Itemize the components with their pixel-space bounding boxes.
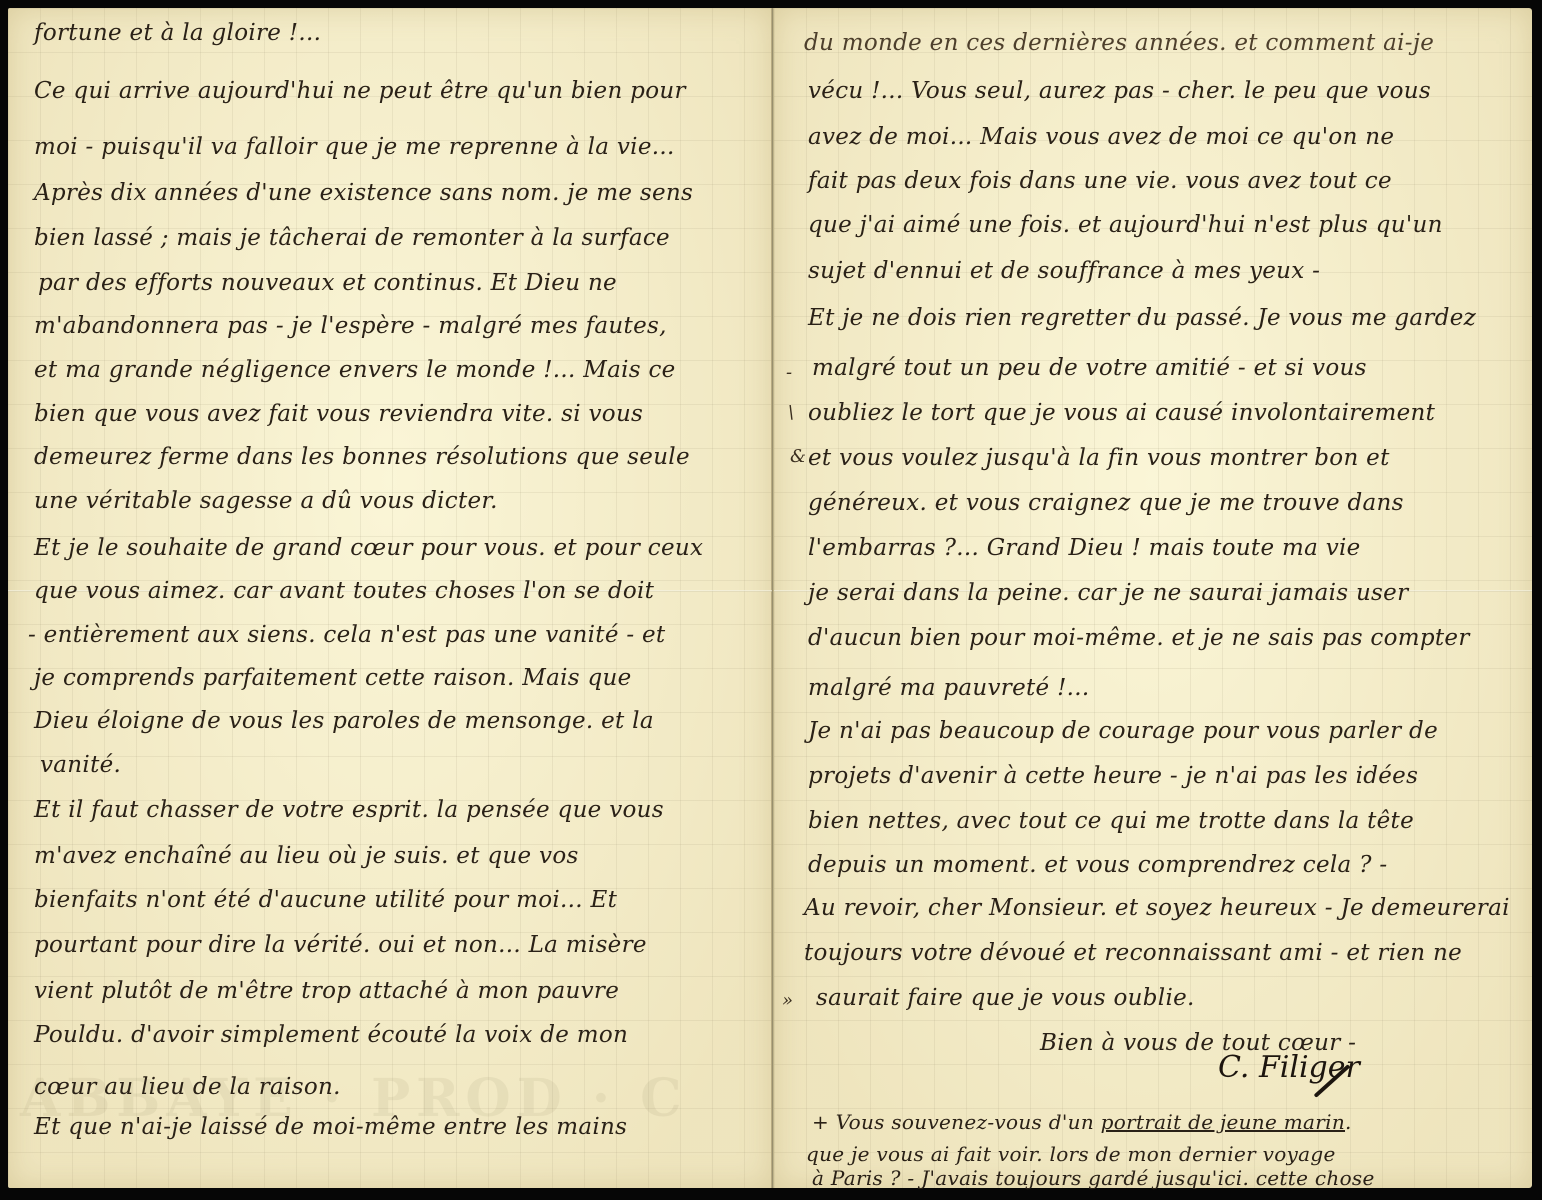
- left-line-11: une véritable sagesse a dû vous dicter.: [34, 488, 498, 514]
- right-line-3: avez de moi... Mais vous avez de moi ce …: [808, 124, 1394, 150]
- left-line-23: Pouldu. d'avoir simplement écouté la voi…: [34, 1022, 628, 1048]
- right-line-5: que j'ai aimé une fois. et aujourd'hui n…: [808, 212, 1443, 238]
- postscript-line-3: à Paris ? - J'avais toujours gardé jusqu…: [812, 1166, 1375, 1190]
- right-line-13: je serai dans la peine. car je ne saurai…: [808, 580, 1408, 606]
- left-line-18: Et il faut chasser de votre esprit. la p…: [34, 797, 664, 823]
- right-line-2: vécu !... Vous seul, aurez pas - cher. l…: [808, 78, 1431, 104]
- right-line-17: projets d'avenir à cette heure - je n'ai…: [808, 763, 1418, 789]
- left-line-9: bien que vous avez fait vous reviendra v…: [34, 401, 643, 427]
- left-line-6: par des efforts nouveaux et continus. Et…: [38, 270, 617, 296]
- right-line-4: fait pas deux fois dans une vie. vous av…: [808, 168, 1392, 194]
- right-line-22: saurait faire que je vous oublie.: [816, 985, 1195, 1011]
- center-fold: [771, 8, 774, 1188]
- left-line-8: et ma grande négligence envers le monde …: [34, 357, 676, 383]
- margin-mark-quote: »: [782, 990, 793, 1011]
- right-line-9: oubliez le tort que je vous ai causé inv…: [808, 400, 1435, 426]
- right-line-6: sujet d'ennui et de souffrance à mes yeu…: [808, 258, 1320, 284]
- left-line-22: vient plutôt de m'être trop attaché à mo…: [34, 978, 619, 1004]
- left-line-16: Dieu éloigne de vous les paroles de mens…: [34, 708, 654, 734]
- right-line-1: du monde en ces dernières années. et com…: [804, 30, 1434, 56]
- left-line-12: Et je le souhaite de grand cœur pour vou…: [34, 535, 703, 561]
- left-line-2: Ce qui arrive aujourd'hui ne peut être q…: [34, 78, 686, 104]
- right-line-14: d'aucun bien pour moi-même. et je ne sai…: [808, 625, 1470, 651]
- left-line-19: m'avez enchaîné au lieu où je suis. et q…: [34, 843, 579, 869]
- margin-mark-dash: -: [786, 362, 792, 383]
- left-line-20: bienfaits n'ont été d'aucune utilité pou…: [34, 887, 617, 913]
- right-line-15: malgré ma pauvreté !...: [808, 675, 1089, 701]
- left-line-24: cœur au lieu de la raison.: [34, 1074, 341, 1100]
- left-line-5: bien lassé ; mais je tâcherai de remonte…: [34, 225, 670, 251]
- right-line-18: bien nettes, avec tout ce qui me trotte …: [808, 808, 1414, 834]
- right-line-20: Au revoir, cher Monsieur. et soyez heure…: [804, 895, 1510, 921]
- right-line-10: et vous voulez jusqu'à la fin vous montr…: [808, 445, 1390, 471]
- margin-mark-slash: \: [788, 402, 794, 423]
- right-line-11: généreux. et vous craignez que je me tro…: [808, 490, 1404, 516]
- left-line-3: moi - puisqu'il va falloir que je me rep…: [34, 134, 675, 160]
- left-line-13: que vous aimez. car avant toutes choses …: [34, 578, 654, 604]
- right-line-8: malgré tout un peu de votre amitié - et …: [812, 355, 1367, 381]
- left-line-21: pourtant pour dire la vérité. oui et non…: [34, 932, 647, 958]
- right-line-7: Et je ne dois rien regretter du passé. J…: [808, 305, 1476, 331]
- left-line-1: fortune et à la gloire !...: [34, 20, 321, 46]
- left-line-17: vanité.: [40, 752, 121, 778]
- postscript-suffix: .: [1345, 1110, 1352, 1134]
- postscript-prefix: + Vous souvenez-vous d'un: [812, 1110, 1101, 1134]
- signature: C. Filiger: [1218, 1050, 1360, 1085]
- left-line-4: Après dix années d'une existence sans no…: [34, 180, 693, 206]
- postscript-line-1: + Vous souvenez-vous d'un portrait de je…: [812, 1110, 1352, 1134]
- right-line-16: Je n'ai pas beaucoup de courage pour vou…: [808, 718, 1438, 744]
- right-line-21: toujours votre dévoué et reconnaissant a…: [804, 940, 1462, 966]
- postscript-underlined: portrait de jeune marin: [1101, 1110, 1345, 1134]
- left-line-10: demeurez ferme dans les bonnes résolutio…: [34, 444, 690, 470]
- postscript-line-2: que je vous ai fait voir. lors de mon de…: [806, 1142, 1336, 1166]
- right-line-19: depuis un moment. et vous comprendrez ce…: [808, 852, 1388, 878]
- right-line-12: l'embarras ?... Grand Dieu ! mais toute …: [808, 535, 1361, 561]
- left-line-25: Et que n'ai-je laissé de moi-même entre …: [34, 1114, 627, 1140]
- margin-mark-amp: &: [790, 446, 806, 467]
- left-line-14: - entièrement aux siens. cela n'est pas …: [28, 622, 665, 648]
- left-line-15: je comprends parfaitement cette raison. …: [34, 665, 632, 691]
- left-line-7: m'abandonnera pas - je l'espère - malgré…: [34, 313, 667, 339]
